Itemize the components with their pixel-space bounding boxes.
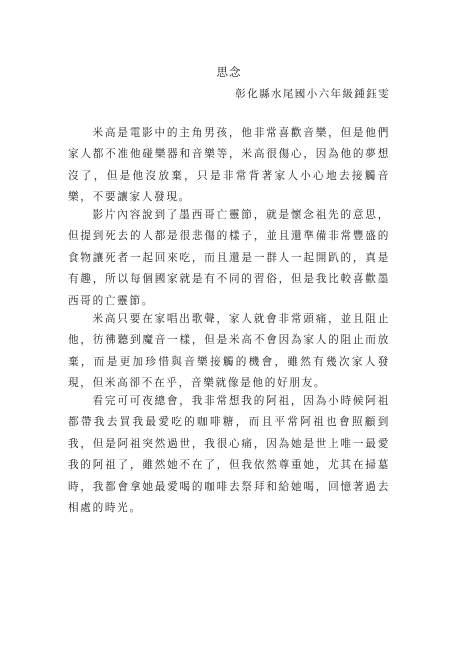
paragraph-1: 米高是電影中的主角男孩，他非常喜歡音樂，但是他們家人都不准他碰樂器和音樂等，米高… [68, 123, 390, 209]
author-line: 彰化縣水尾國小六年級鍾鈺雯 [235, 86, 390, 102]
paragraph-4: 看完可可夜總會，我非常想我的阿祖，因為小時候阿祖都帶我去買我最愛吃的咖啡糖，而且… [68, 391, 390, 519]
paragraph-3: 米高只要在家唱出歌聲，家人就會非常頭痛，並且阻止他，彷彿聽到魔音一樣，但是米高不… [68, 309, 390, 395]
document-title: 思念 [68, 64, 390, 80]
paragraph-2: 影片內容說到了墨西哥亡靈節，就是懷念祖先的意思，但提到死去的人都是很悲傷的樣子，… [68, 205, 390, 312]
